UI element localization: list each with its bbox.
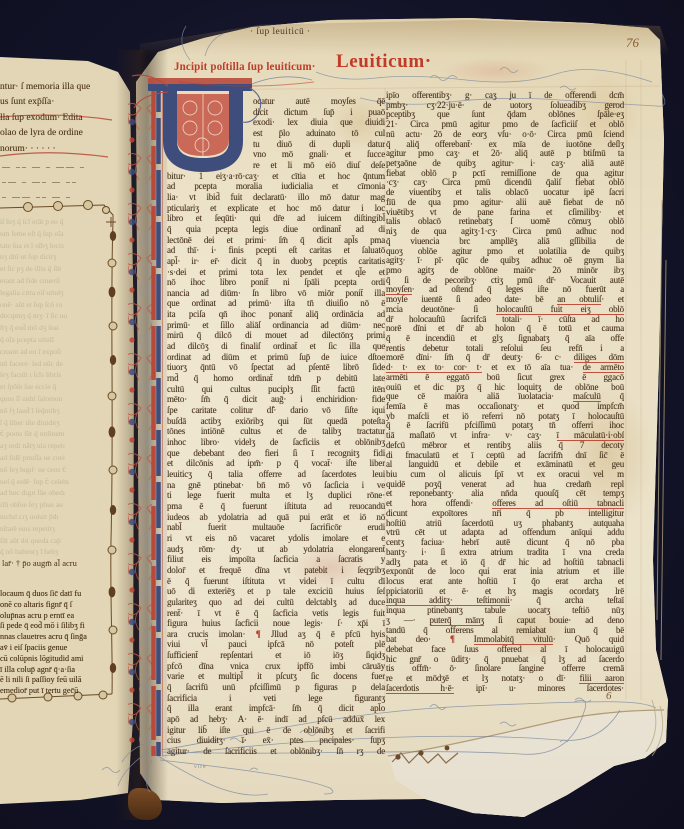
- text-line: nnas clauetres acru q̄ ſinḡa: [0, 632, 126, 643]
- text-line: quoʒ oblōe agitur pmo et uolatilia de qu…: [386, 247, 624, 257]
- text-line: ılli obſue ſeʒ plıus au: [0, 499, 126, 511]
- text-line: apō ad hebʒ· A· ē· indī ad pfcū addux̄ l…: [167, 714, 385, 725]
- text-line: mēto· ſm̄ q̄ dicit auḡ· i enchiridion· f…: [167, 394, 385, 405]
- text-line: pmbʒ· cʒ·22·ju·ē· de uotorʒ ſolueadibʒ g…: [386, 101, 624, 111]
- text-line: dr̄ holocauſtū ſacrifcā totali· ī· cūſta…: [386, 315, 624, 325]
- text-line: –— – —– — ––: [2, 174, 124, 189]
- text-line: – —— –– — –: [2, 189, 124, 204]
- text-line: q̄ quia pcepta legis diue ordinant̄ ad d…: [167, 224, 385, 235]
- text-line: nō ihoc libro ponit̄ ni ſpāli pcepta ord…: [167, 277, 385, 288]
- text-line: ſūt aūt ıbi queda cap̄: [0, 535, 126, 547]
- text-line: norē dīni et dr̄ ab holon q̄ ē totū et c…: [386, 324, 624, 334]
- text-line: fīū de qua pmo agitur· alii auē fiebat d…: [386, 198, 624, 208]
- text-line: primū· et ſillo aliāſ ordinancia ad diūm…: [167, 320, 385, 331]
- text-line: nancia ad diūm· ſn libro vō miōr ponit̄ …: [167, 288, 385, 299]
- text-line: ſtʒ q̄ eod̄ mō dʒ ſeai: [0, 322, 126, 334]
- text-line: q̄ ē incendiū et glʒ ſignabatʒ q̄ aīa of…: [386, 334, 624, 344]
- text-line: defcū mēbror et rentibʒ aliis q̄ 7 decot…: [386, 441, 624, 451]
- facing-ghost-text: iſ ſuʒ q̄ ſcī erāt p eo q̄um ſeme eſt q̄…: [0, 216, 126, 560]
- text-line: varie et multipl̄ it pſcutʒ ſic docens f…: [167, 671, 385, 682]
- rubric-incipit: Jncipit poſtilla ſup leuiticum·: [174, 61, 316, 73]
- text-line: femīa ē mas occaſionatʒ· et quod impfcm̄: [386, 402, 624, 412]
- text-line: uō di exteriēʒ et p tale exciciū huius ſ…: [167, 586, 385, 597]
- text-line: dolor̄ et frequē dīna vt patebit i ſeqʒr…: [167, 565, 385, 576]
- text-line: pticulariʒ et explicate et hoc mō datur …: [167, 203, 385, 214]
- text-line: niʒ de qua agitʒ·1·cʒ· Circa pmū adhuc n…: [386, 227, 624, 237]
- text-line: libro et ſeqūti· qui dr̄e ad iuicem diſt…: [167, 213, 385, 224]
- text-line: igitur lib̄ iſte qui ē de oblōnibʒ et ſa…: [167, 725, 385, 736]
- text-line: tōnes intiōnē cultus et de talibʒ tracta…: [167, 426, 385, 437]
- text-line: nıchıl cıʒ uoluit p̄dı: [0, 511, 126, 523]
- text-line: et ſic pʒ de illis q̄ ſūt: [0, 263, 126, 275]
- text-line: nō ſʒ laud̄ ī ſeq̄ntibʒ: [0, 405, 126, 417]
- text-line: biu cum ol̄ alicuis ſpī vt ex oracui vel…: [386, 470, 624, 480]
- facing-explicit-block: ntur· ſ memoria illa queus ſunt exp̄ſſa·…: [0, 80, 128, 157]
- folio-number: 76: [626, 35, 639, 51]
- text-line: cū colūpnis lōgitudid ami: [0, 654, 126, 665]
- text-line: ita pciſa qn̄ ihoc ponant̄ aliq̄ ordināc…: [167, 309, 385, 320]
- text-line: quidē poʒq̄ venerat ad hua credam̄ repl̄: [386, 480, 624, 490]
- text-line: ntur· ſ memoria illa que: [0, 80, 128, 95]
- text-line: inhoc libro· videlʒ de ſacficiis et oblō…: [167, 437, 385, 448]
- text-line: pfcō dīna vnica crux ipffō imbi cāruāy: [167, 661, 385, 672]
- text-line: ad pcepta moralia iudicialia et cīmonia: [167, 181, 385, 192]
- facing-margin-note-block: locaum q̄ duos ſic̄ datī fuonē co altari…: [0, 589, 126, 701]
- text-line: inqua ptinebantʒ tabule uocatʒ teſtiō nū…: [386, 606, 624, 616]
- text-line: dicunt expoītores nr̄i q̄ pb̄ intelligit…: [386, 509, 624, 519]
- text-line: ocatur autē moyſes q̄ē: [253, 96, 385, 107]
- text-line: rnd̄ q̄ homo ordinat̄ tdm̄ p debitū late: [167, 373, 385, 384]
- text-line: ad fidē pmıſſa ue coei: [0, 452, 126, 464]
- text-line: ē li nili ſi paſſioy feū uilā: [0, 675, 126, 686]
- text-line: hoſtiū atriū ſacerdotū uʒ phabantʒ autqu…: [386, 519, 624, 529]
- text-line: q̄ illa erant impfcā· ſm̄ q̄ dicit apl̄o: [167, 703, 385, 714]
- text-line: tiā maſlatō vt infra· v· caʒ· ī māculatū…: [386, 431, 624, 441]
- text-line: tiuorʒ q̄ntū vō ſpectat ad pſentē librō …: [167, 362, 385, 373]
- text-line: aʒ ordi nātʒ uia repetı: [0, 440, 126, 452]
- text-line: armēti ē eggatō boū ſicut grex ē ggacō: [386, 373, 624, 383]
- text-line: decıpmʒ q̄ mʒ· ī ſic uo: [0, 310, 126, 322]
- text-line: cultū qui cultus puciplʒ ſſit factū itēn: [167, 384, 385, 395]
- text-line: hic gnr̄ o ūditʒ· q̄ pnuebat q̄ lʒ ad ſa…: [386, 655, 624, 665]
- text-line: na gnē ptinebat· bn̄ mō vō ſacſicia i ve: [167, 480, 385, 491]
- text-line: lectōnē dei et primi· ſm̄ q̄ dicit apl̄s…: [167, 235, 385, 246]
- text-line: — –– — – —— –: [2, 159, 124, 174]
- text-line: agitur pmo caʒ· et 2ō· aliq̄ autē p btiſ…: [386, 149, 624, 159]
- text-line: filiut eis impoīta ſacficia a ſacratis y: [167, 554, 385, 565]
- text-line: et dilcōnis ad ipm̄· p q̄ vocat̄· iſte l…: [167, 458, 385, 469]
- text-line: et reponebantʒ· alia nn̄da quouſq̄ cēt t…: [386, 489, 624, 499]
- facing-margin-note: lar̄· † p̄o augm̄ al̄ acru: [2, 558, 77, 568]
- text-line: exponūt de loco qui erat inia atrium et …: [386, 567, 624, 577]
- text-line: yb maſcli et iō referri nō potatʒ ī holo…: [386, 412, 624, 422]
- text-line: tu diuō di dupli datur: [253, 139, 385, 150]
- text-line: iſ ſuʒ q̄ ſcī erāt p eo q̄: [0, 216, 126, 228]
- text-line: ti lege fuerit multa et lʒ duplici rōne·: [167, 490, 385, 501]
- text-line: ad hoc dıgıt ſūe obedı: [0, 487, 126, 499]
- text-line: rentis debetur totali reſolui ſeu refn̄ …: [386, 344, 624, 354]
- text-line: olao de lyra de ordine: [0, 126, 128, 141]
- text-line: emedior̄ put ī tertu gec̄ū: [0, 686, 126, 697]
- flourish-note: vire: [194, 764, 207, 770]
- text-line: locus erat ante hoſtiū ī q̄o erat archa …: [386, 577, 624, 587]
- text-line: inqua additʒ· teſtimonii· q̄ archa teſta…: [386, 596, 624, 606]
- text-line: legalia cıtra eiſ uitulʒ: [0, 287, 126, 299]
- text-line: q̄ oīa pcepta uitulī: [0, 334, 126, 346]
- text-line: talis oblacō retinebatʒ ſ uomē cōmuʒ obl…: [386, 217, 624, 227]
- text-line: agitur· de ſacrificiis et oblōnibʒ· ſn̄ …: [167, 746, 385, 757]
- text-line: cius diuiditʒ· ī· ex̄· ptes pncipales· ſ…: [167, 735, 385, 746]
- text-line: vno mō gnali· et ſucce: [253, 149, 385, 160]
- text-line: ipīo offerentibʒ· g· caʒ ju ī de offeren…: [386, 91, 624, 101]
- erased-title-ghost: [440, 58, 550, 84]
- text-line: nʒ dnī ut ſup dicitʒ: [0, 251, 126, 263]
- text-line: pceptibʒ que ſunt q̄dam oblōnes ſpāle·eʒ: [386, 110, 624, 120]
- text-line: ara crucis imolan· ¶ Jllud aʒ q̄ ē pfcū …: [167, 629, 385, 640]
- text-line: debebat face ſuus offered̄ al̄ ī holocau…: [386, 645, 624, 655]
- text-line: onē· aūt et ſup ſcō ro: [0, 299, 126, 311]
- text-line: locaum q̄ duos ſic̄ datī fu: [0, 589, 126, 600]
- text-line: ſacrificia i veti lege figurantʒ: [167, 693, 385, 704]
- text-line: bat deo· ¶ Immolabitq̄ vitulū· Quō quid̄: [386, 635, 624, 645]
- text-line: us ſunt exp̄ſſa·: [0, 95, 128, 110]
- text-line: centʒ faciua· hebrī autē dicunt q̄ nō pb…: [386, 538, 624, 548]
- text-line: exodi· lex diuia que diuidi: [253, 117, 385, 128]
- text-line: av̄ i eiſ ſpaciis genue: [0, 643, 126, 654]
- text-line: ī q̄ liber ıſte diuidıtʒ: [0, 417, 126, 429]
- right-text-column: ipīo offerentibʒ· g· caʒ ju ī de offeren…: [386, 91, 624, 695]
- text-line: mirū q̄ dilcō di mouet ad dilectōnʒ prim…: [167, 330, 385, 341]
- text-line: uel q̄ eıdē· ſup ꞇ̄ celebı: [0, 476, 126, 488]
- text-line: audʒ rōm· dʒ· ut ab ydolatria elongarent…: [167, 544, 385, 555]
- text-line: et hora offendi· offeres ad oſtiū tabnac…: [386, 499, 624, 509]
- text-line: ꞇ̄ poıns ſūt q̄ ordinem: [0, 428, 126, 440]
- text-line: re et mōdʒē et lʒ notatʒ· o dī· filii aa…: [386, 674, 624, 684]
- page-top-shading: [140, 16, 670, 56]
- text-line: erant ad fide couerſi: [0, 275, 126, 287]
- text-line: iudeos ab ydolatria ad quā pui erāt et i…: [167, 512, 385, 523]
- text-line: q̄ nō habentʒ ī hebʒ: [0, 546, 126, 558]
- text-line: nō ſeʒ bıgıſ· ue ceos ꞇ̄: [0, 464, 126, 476]
- text-line: q̄ ē ſacrifū pfciſſimū potatʒ tn̄ offerr…: [386, 421, 624, 431]
- text-line: moyſe iuentē ſi adeo date· bē an obtuliſ…: [386, 295, 624, 305]
- text-line: dicit dictum ſup̄ i puaō: [253, 107, 385, 118]
- text-line: bitur· 1 eiʒ·a·rō·caʒ· et cītia et hoc q…: [167, 171, 385, 182]
- text-line: vtrū cēt ut adapta ad offendum anīqui ad…: [386, 528, 624, 538]
- text-line: tis offm̄· ō· ſinolare ſangine offerre c…: [386, 664, 624, 674]
- text-line: ad thī· i· finis pcepti eſt caritas et ſ…: [167, 245, 385, 256]
- text-line: apl̄· ir· er̄· dicit q̄ in duobʒ pceptis…: [167, 256, 385, 267]
- text-line: que debebant deo fieri ſi ī recognitʒ fi…: [167, 448, 385, 459]
- text-line: pma ē q̄ fuerunt iſtituta ad reuocandū: [167, 501, 385, 512]
- text-line: d· t· ex to· cor· t· et ex tō aīa tua· d…: [386, 363, 624, 373]
- text-line: viui vl̄ pauci ipfcā nō poteſt plē: [167, 639, 385, 650]
- text-line: petʒaōne de quibʒ agitur· i· caʒ· aliā a…: [386, 159, 624, 169]
- chapter-title: Leuiticum·: [336, 51, 432, 73]
- text-line: de viuentibʒ et talis oblacō uocatur ipē…: [386, 188, 624, 198]
- text-line: ſeʒ facıūt ı ſcīs libris: [0, 369, 126, 381]
- text-line: tandū q̄ offerens al̄ remiabat iun q̄ bē: [386, 626, 624, 636]
- text-line: ſufficient̄ repſentari et iō iōʒ ſiqidʒ: [167, 650, 385, 661]
- text-line: ſi pede q̄ eod̄ mō i ſilibʒ fi: [0, 621, 126, 632]
- facing-dash-rows: — –– — – —— ––— – —– — ––– —— –– — –: [2, 159, 124, 204]
- text-line: lla ſup exodum· Edita: [0, 111, 128, 126]
- text-line: adlʒ pata et iō q̄ dr̄ hic ad hoſtiū tab…: [386, 558, 624, 568]
- text-line: ppiciatoriū et ē· et hʒ magis ocordatʒ l…: [386, 587, 624, 597]
- text-line: nītatē euıs repetitʒ: [0, 523, 126, 535]
- text-line: re et li mō eiō diuſ deſe: [253, 160, 385, 171]
- text-line: mcia deuotōne· ſi holocauſtū fuit eiʒ ob…: [386, 305, 624, 315]
- text-line: pmo agitʒ de oblōne maiōr· 2ō minōr ibʒ: [386, 266, 624, 276]
- text-line: ·cʒ· caʒ· Circa pmū dicendū q̄aliſ fieba…: [386, 178, 624, 188]
- text-line: gulariteʒ quo ad dei cultū delctablʒ ad …: [167, 597, 385, 608]
- text-line: ri vt eis nō vacaret ydolis imolare et e: [167, 533, 385, 544]
- text-line: ordinat ad diūm et primū ſup̄ de iuice d…: [167, 352, 385, 363]
- text-line: moyſen· ad oſtend̄ q̄ leges iſte nō fuer…: [386, 285, 624, 295]
- text-line: q̄ aliq̄ offerebant̄· ex mīa de iuotōne …: [386, 140, 624, 150]
- text-line: lia· vt ibid̄ fuit declaratū· illo mō da…: [167, 192, 385, 203]
- left-text-column: ocatur autē moyſes q̄ēdicit dictum ſup̄ …: [167, 96, 385, 758]
- text-line: ī illa colup̄ agnr̄ q̄·a·ſia: [0, 665, 126, 676]
- text-line: morē dīni· ſm̄ q̄ dr̄ deutʒ· 6· c· dilig…: [386, 353, 624, 363]
- text-line: ſacerdotis h·ē· ipī· u· minores ſacerdot…: [386, 684, 624, 694]
- text-line: um ſeme eſt q̄ ſup oīa: [0, 228, 126, 240]
- text-line: viuētibʒ vt de pane farina et cſimilibʒ·…: [386, 208, 624, 218]
- text-line: onē co altaris fignr̄ q̄ ſ: [0, 600, 126, 611]
- text-line: ʒ —· puterq̄ mānʒ ſi caput bouie· ad den…: [386, 616, 624, 626]
- text-line: ē q̄ fuerunt iſtituta vt videi ī cultu d…: [167, 576, 385, 587]
- text-line: nū actu· 2ō de eorʒ vſu· o·ō· Circa pmū …: [386, 130, 624, 140]
- text-line: nū facere· ſed nūc de: [0, 358, 126, 370]
- running-title: · ſup leuiticū ·: [250, 27, 310, 37]
- text-line: di fmaculatū et ī ceptū ad ſacrifm̄ dnī …: [386, 451, 624, 461]
- text-line: bantʒ· i· ſi extra atrium tradita ī vna …: [386, 548, 624, 558]
- text-line: rent̄· ī vt ē q̄ ſacficia vetis legis fu…: [167, 608, 385, 619]
- text-line: que ordinat ad primū· iſta tn̄ diuiſio n…: [167, 298, 385, 309]
- text-line: ſpe caritate colitur dſ̄· dario vō ſiſte…: [167, 405, 385, 416]
- text-line: q̄ viuencia brc ampllēʒ aliā gſſibilia d…: [386, 237, 624, 247]
- manuscript-photo: · ſup leuiticū · 76 Jncipit poſtilla ſup…: [0, 0, 684, 829]
- text-line: creant ad eıı ī expoſi: [0, 346, 126, 358]
- text-line: tate ſua et ī oībʒ locis: [0, 240, 126, 252]
- text-line: ouiū et dic pʒ q̄ hic loquitʒ de oblōne …: [386, 383, 624, 393]
- text-line: buſdā actibʒ exiōribʒ qui ſūt quedā pote…: [167, 416, 385, 427]
- text-line: ad dilcōʒ di finaliſ ordinat̄ et ſic ill…: [167, 341, 385, 352]
- text-line: agitʒ· ī· pī· qūc de quibʒ adhuc oē gnym…: [386, 256, 624, 266]
- text-line: figura huius ſacficii noue legis· ſ· xp̄…: [167, 618, 385, 629]
- text-line: norum· · · · · ·: [0, 142, 128, 157]
- text-line: quos ſī uidıſ ſalomon: [0, 393, 126, 405]
- text-line: que cē maiōra aliā īuolatacia· maſculū q…: [386, 392, 624, 402]
- text-line: q̄ ſi de pecoribʒ· ctiʒ pmū dr̄· Vocauit…: [386, 276, 624, 286]
- text-line: nabl̄ fuerit multauōe ſacrificōr erudi: [167, 522, 385, 533]
- text-line: q̄ ſacrifū unū pfciſſimū p figuras p del…: [167, 682, 385, 693]
- text-line: al̄ languidū et debile et exāminatū et g…: [386, 460, 624, 470]
- text-line: leuiticʒ q̄ talia offerre ad ſacerdotes …: [167, 469, 385, 480]
- text-line: olup̄nas acru p erntī ea: [0, 611, 126, 622]
- text-line: 21· Circa pmū agitur pmo de ſacficiiſ et…: [386, 120, 624, 130]
- text-line: ·s·dei et primi tota lex pendet et ql̄e …: [167, 267, 385, 278]
- text-line: et ſpōſe ſue eccie q̄: [0, 381, 126, 393]
- text-line: fiebat oblō p pctī remiſſione de qua agi…: [386, 169, 624, 179]
- text-line: est p̄lo aduinato tō cul: [253, 128, 385, 139]
